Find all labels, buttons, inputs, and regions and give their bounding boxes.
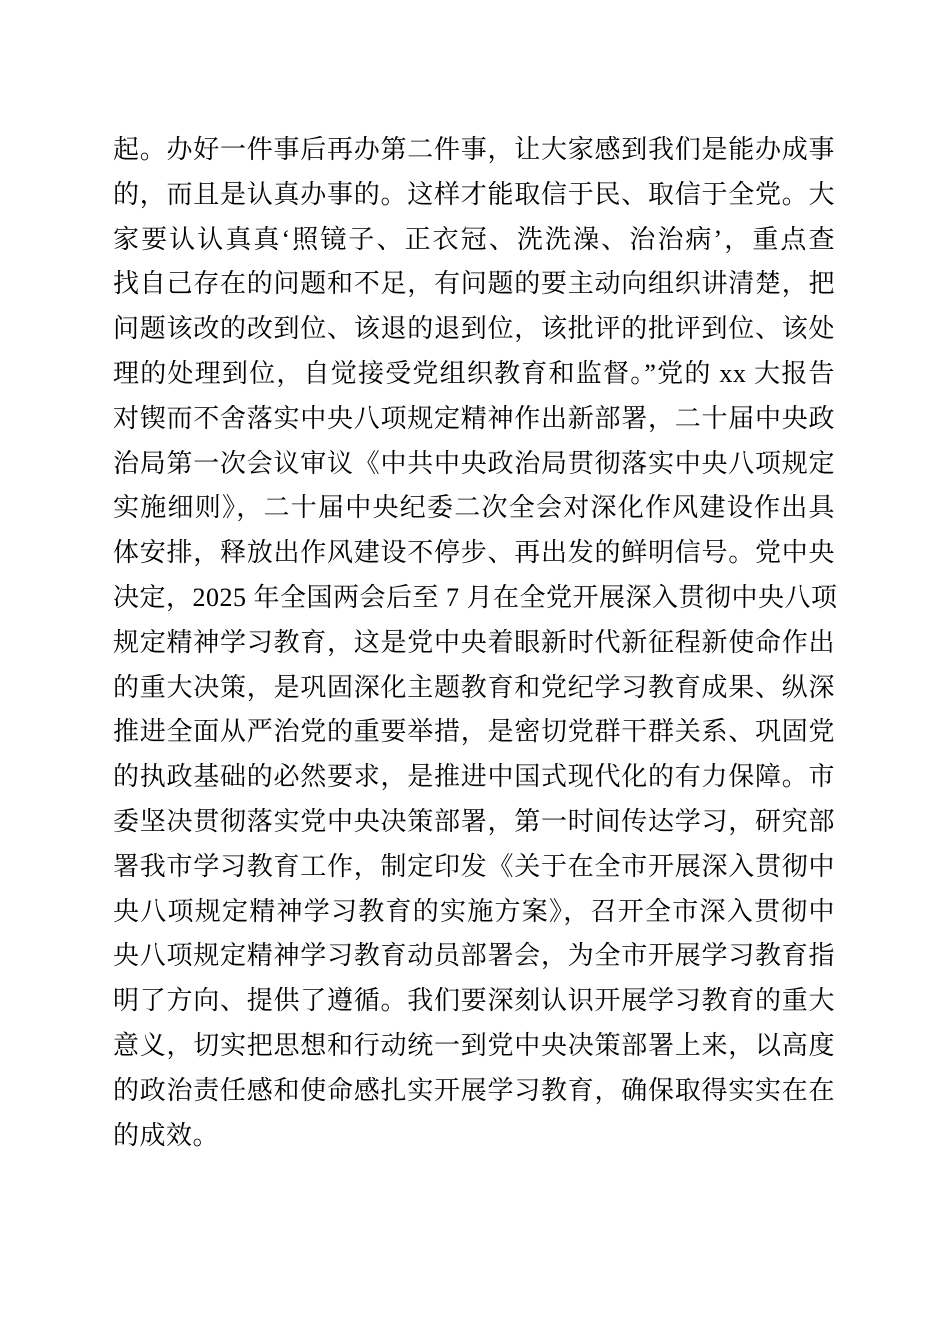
body-text-block: 起。办好一件事后再办第二件事，让大家感到我们是能办成事的，而且是认真办事的。这样… [113,128,835,1158]
text-line: 家要认认真真‘照镜子、正衣冠、洗洗澡、治治病’，重点查 [113,218,835,263]
text-line: 委坚决贯彻落实党中央决策部署，第一时间传达学习，研究部 [113,800,835,845]
text-line: 理的处理到位，自觉接受党组织教育和监督。”党的 xx 大报告 [113,352,835,397]
text-line: 的政治责任感和使命感扎实开展学习教育，确保取得实实在在 [113,1069,835,1114]
text-line: 治局第一次会议审议《中共中央政治局贯彻落实中央八项规定 [113,442,835,487]
text-line: 意义，切实把思想和行动统一到党中央决策部署上来，以高度 [113,1024,835,1069]
text-line: 明了方向、提供了遵循。我们要深刻认识开展学习教育的重大 [113,979,835,1024]
document-page: 起。办好一件事后再办第二件事，让大家感到我们是能办成事的，而且是认真办事的。这样… [0,0,950,1344]
text-line: 找自己存在的问题和不足，有问题的要主动向组织讲清楚，把 [113,262,835,307]
text-line: 问题该改的改到位、该退的退到位，该批评的批评到位、该处 [113,307,835,352]
text-line: 的执政基础的必然要求，是推进中国式现代化的有力保障。市 [113,755,835,800]
text-line: 署我市学习教育工作，制定印发《关于在全市开展深入贯彻中 [113,845,835,890]
text-line: 规定精神学习教育，这是党中央着眼新时代新征程新使命作出 [113,621,835,666]
text-line: 实施细则》，二十届中央纪委二次全会对深化作风建设作出具 [113,486,835,531]
text-line: 对锲而不舍落实中央八项规定精神作出新部署，二十届中央政 [113,397,835,442]
text-line: 的成效。 [113,1114,835,1159]
text-line: 体安排，释放出作风建设不停步、再出发的鲜明信号。党中央 [113,531,835,576]
text-line: 起。办好一件事后再办第二件事，让大家感到我们是能办成事 [113,128,835,173]
text-line: 推进全面从严治党的重要举措，是密切党群干群关系、巩固党 [113,710,835,755]
text-line: 央八项规定精神学习教育的实施方案》，召开全市深入贯彻中 [113,890,835,935]
text-line: 决定，2025 年全国两会后至 7 月在全党开展深入贯彻中央八项 [113,576,835,621]
text-line: 央八项规定精神学习教育动员部署会，为全市开展学习教育指 [113,934,835,979]
text-line: 的重大决策，是巩固深化主题教育和党纪学习教育成果、纵深 [113,666,835,711]
text-line: 的，而且是认真办事的。这样才能取信于民、取信于全党。大 [113,173,835,218]
